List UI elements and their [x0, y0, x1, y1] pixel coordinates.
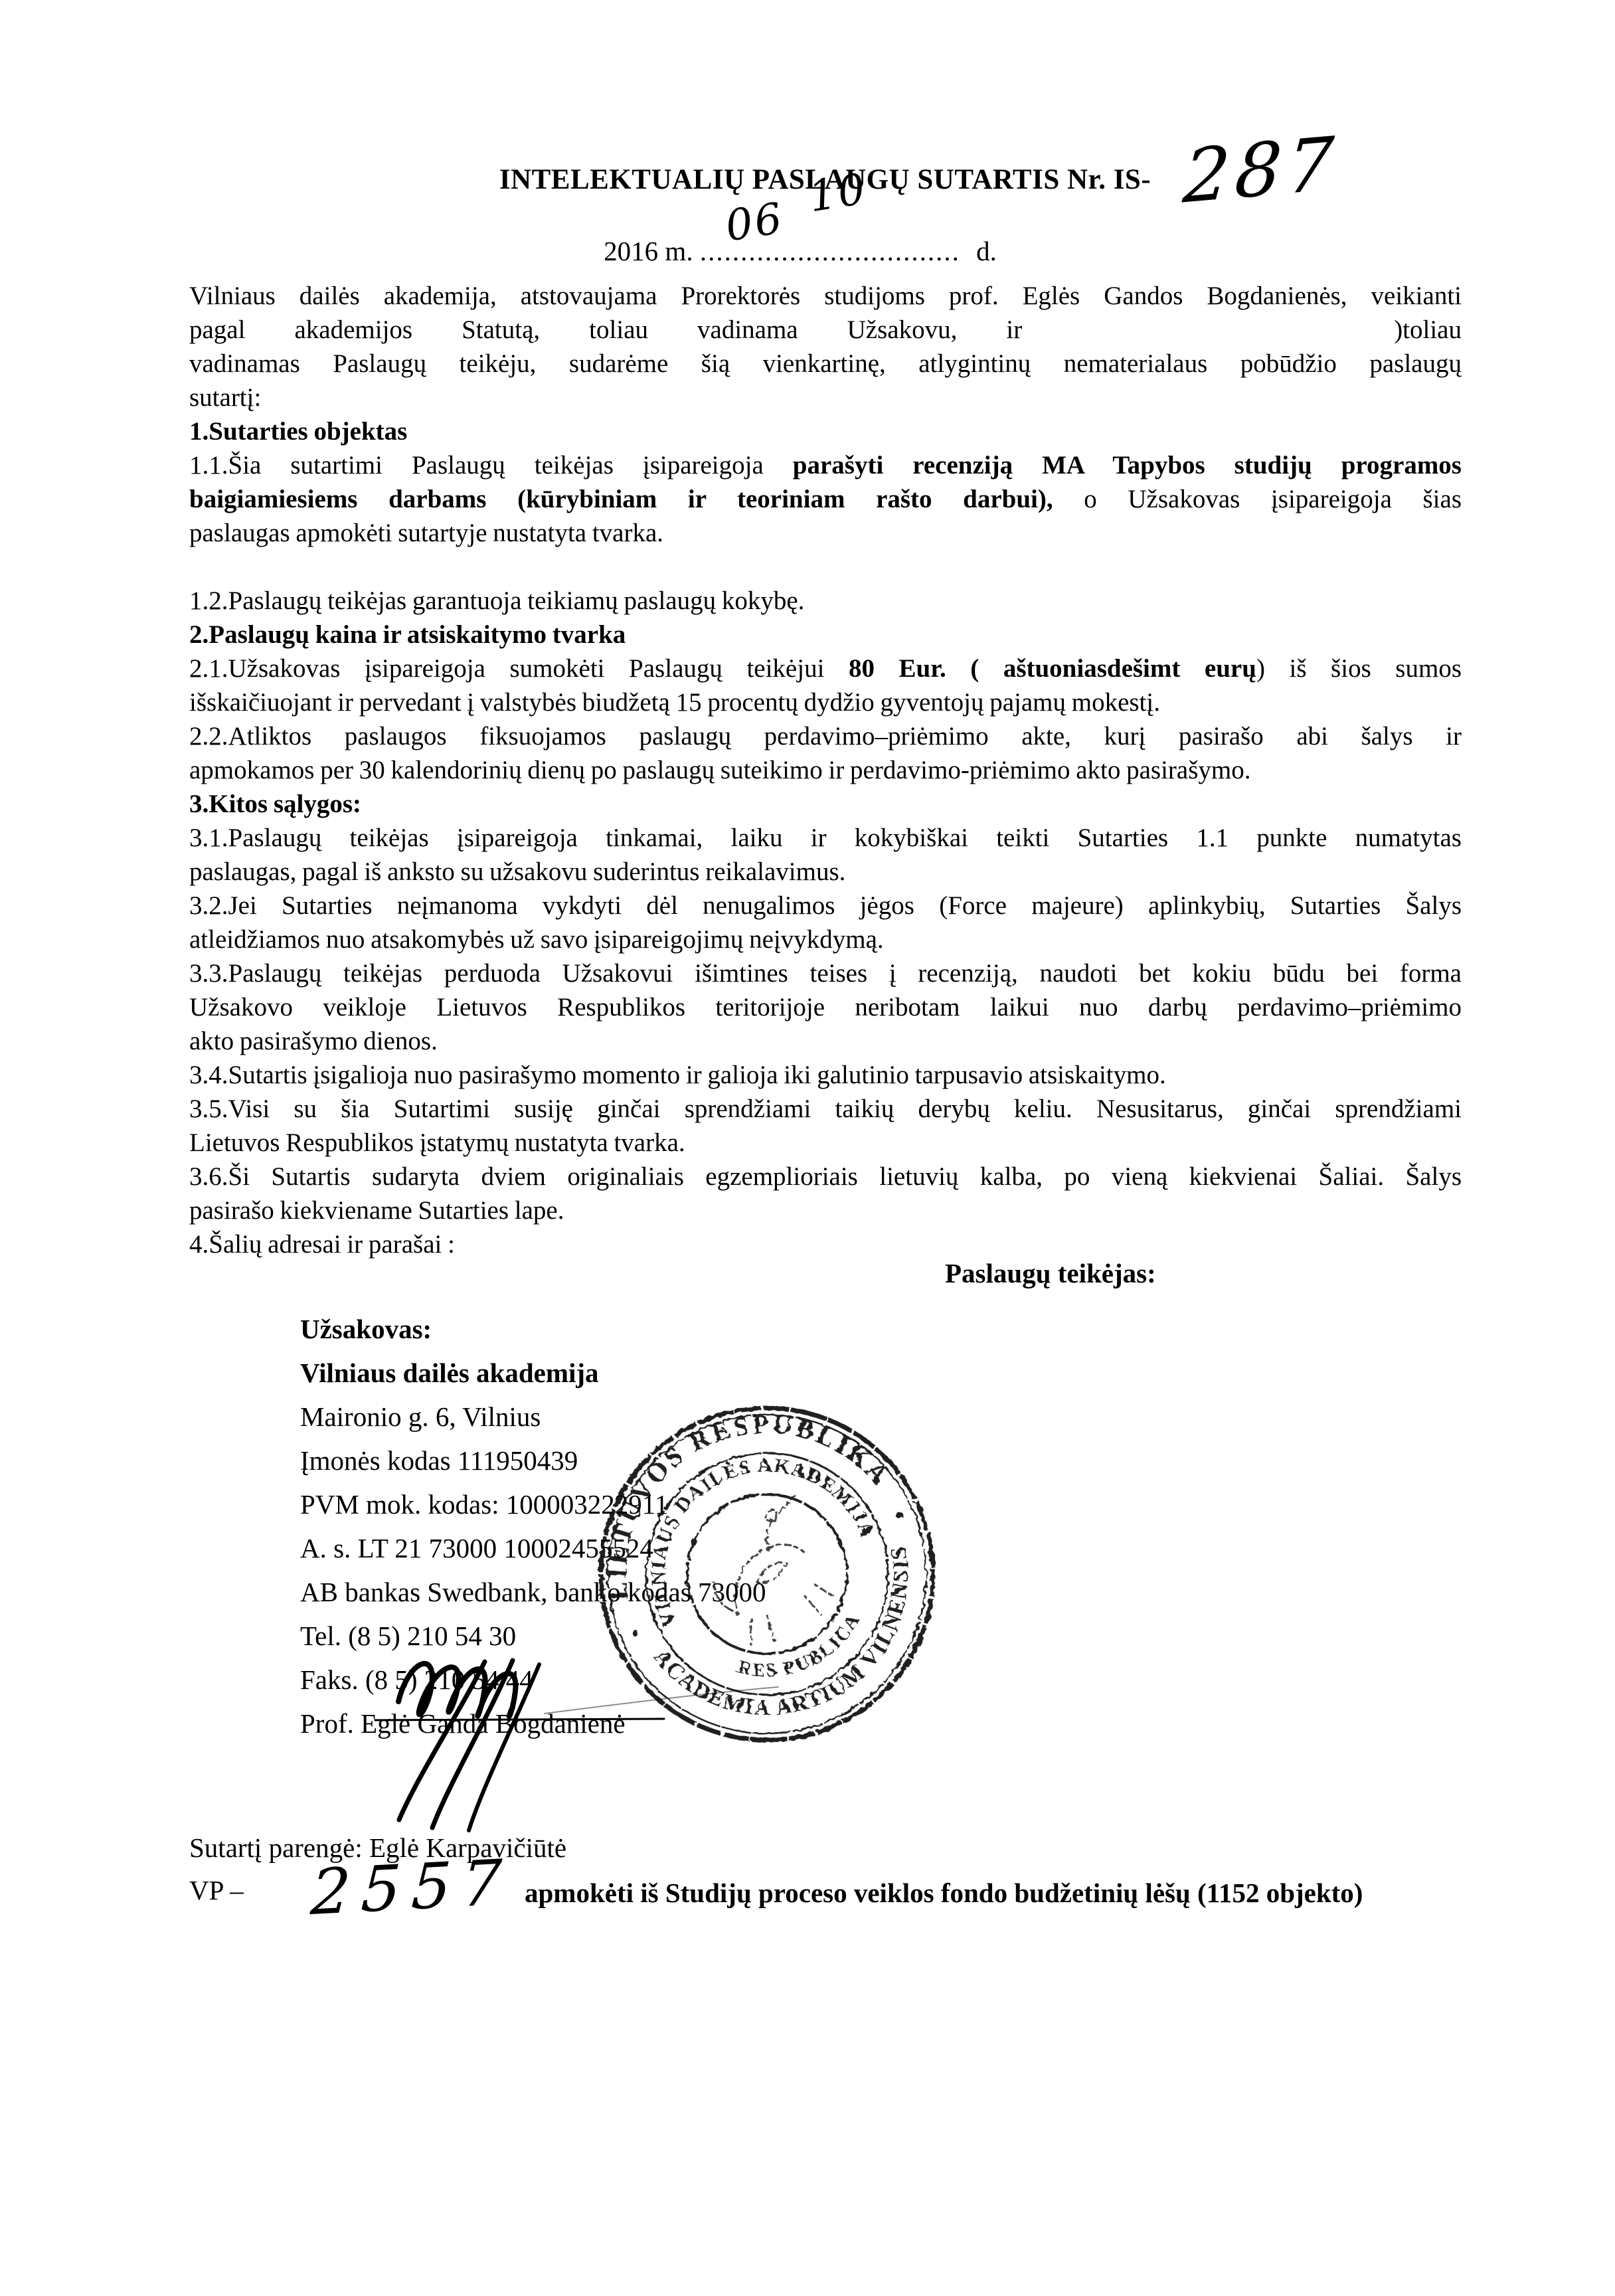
- handwritten-day: 10: [806, 165, 871, 222]
- text-line: 2.1.Užsakovas įsipareigoja sumokėti Pasl…: [189, 652, 1462, 685]
- text-segment: Užsakovo veikloje Lietuvos Respublikos t…: [189, 993, 1462, 1021]
- text-segment: ) iš šios sumos: [1256, 654, 1462, 683]
- text-segment: Įmonės kodas 111950439: [300, 1445, 578, 1476]
- text-line: paslaugas, pagal iš anksto su užsakovu s…: [189, 855, 1462, 889]
- text-line: paslaugas apmokėti sutartyje nustatyta t…: [189, 516, 1462, 550]
- text-segment: 3.3.Paslaugų teikėjas perduoda Užsakovui…: [189, 959, 1462, 988]
- date-suffix: d.: [976, 236, 997, 266]
- text-line: Užsakovo veikloje Lietuvos Respublikos t…: [189, 990, 1462, 1024]
- text-segment: 3.6.Ši Sutartis sudaryta dviem originali…: [189, 1162, 1462, 1191]
- text-segment: Vilniaus dailės akademija: [300, 1358, 599, 1388]
- text-line: 1.2.Paslaugų teikėjas garantuoja teikiam…: [189, 584, 1462, 618]
- date-year-prefix: 2016 m.: [604, 236, 693, 266]
- vp-label: VP –: [189, 1874, 244, 1906]
- text-segment: 3.Kitos sąlygos:: [189, 790, 361, 818]
- handwritten-month: 06: [722, 194, 788, 252]
- funding-note: apmokėti iš Studijų proceso veiklos fond…: [525, 1877, 1363, 1909]
- text-segment: 1.1.Šia sutartimi Paslaugų teikėjas įsip…: [189, 451, 793, 480]
- text-line: vadinamas Paslaugų teikėju, sudarėme šią…: [189, 347, 1462, 381]
- text-segment: 2.Paslaugų kaina ir atsiskaitymo tvarka: [189, 620, 626, 649]
- text-segment: pagal akademijos Statutą, toliau vadinam…: [189, 315, 1022, 344]
- text-line: Lietuvos Respublikos įstatymų nustatyta …: [189, 1126, 1462, 1160]
- text-line: Vilniaus dailės akademija, atstovaujama …: [189, 279, 1462, 313]
- text-segment: 2.1.Užsakovas įsipareigoja sumokėti Pasl…: [189, 654, 849, 683]
- text-line: 3.2.Jei Sutarties neįmanoma vykdyti dėl …: [189, 889, 1462, 923]
- text-line: 2.2.Atliktos paslaugos fiksuojamos pasla…: [189, 719, 1462, 753]
- text-segment: 1.2.Paslaugų teikėjas garantuoja teikiam…: [189, 586, 804, 615]
- text-segment: išskaičiuojant ir pervedant į valstybės …: [189, 688, 1160, 717]
- text-line: 1.1.Šia sutartimi Paslaugų teikėjas įsip…: [189, 448, 1462, 482]
- provider-label: Paslaugų teikėjas:: [945, 1257, 1156, 1289]
- text-line: apmokamos per 30 kalendorinių dienų po p…: [189, 753, 1462, 787]
- text-line: sutartį:: [189, 381, 1462, 414]
- text-segment: atleidžiamos nuo atsakomybės už savo įsi…: [189, 925, 884, 954]
- text-segment: 1.Sutarties objektas: [189, 417, 407, 446]
- text-line: akto pasirašymo dienos.: [189, 1024, 1462, 1058]
- text-line: 3.Kitos sąlygos:: [189, 787, 1462, 821]
- text-line: atleidžiamos nuo atsakomybės už savo įsi…: [189, 923, 1462, 956]
- text-segment: parašyti recenziją MA Tapybos studijų pr…: [793, 451, 1462, 480]
- text-line: 4.Šalių adresai ir parašai :: [189, 1227, 1462, 1261]
- text-segment: )toliau: [1394, 315, 1462, 344]
- text-line: pasirašo kiekviename Sutarties lape.: [189, 1193, 1462, 1227]
- text-line: 3.1.Paslaugų teikėjas įsipareigoja tinka…: [189, 821, 1462, 855]
- contract-body-text: Vilniaus dailės akademija, atstovaujama …: [189, 279, 1462, 1261]
- handwritten-vp-number: 2557: [309, 1846, 514, 1929]
- text-segment: Vilniaus dailės akademija, atstovaujama …: [189, 282, 1462, 310]
- text-segment: Užsakovas:: [300, 1314, 432, 1344]
- text-segment: 3.2.Jei Sutarties neįmanoma vykdyti dėl …: [189, 891, 1462, 920]
- text-segment: o Užsakovas įsipareigoja šias: [1053, 485, 1462, 513]
- text-segment: vadinamas Paslaugų teikėju, sudarėme šią…: [189, 349, 1462, 378]
- text-segment: pasirašo kiekviename Sutarties lape.: [189, 1196, 564, 1225]
- text-segment: 3.5.Visi su šia Sutartimi susiję ginčai …: [189, 1095, 1462, 1123]
- text-segment: 3.4.Sutartis įsigalioja nuo pasirašymo m…: [189, 1061, 1166, 1089]
- text-segment: apmokamos per 30 kalendorinių dienų po p…: [189, 756, 1251, 784]
- text-line: 3.5.Visi su šia Sutartimi susiję ginčai …: [189, 1092, 1462, 1126]
- text-segment: baigiamiesiems darbams (kūrybiniam ir te…: [189, 485, 1053, 513]
- signature-scrawl: [319, 1621, 797, 1840]
- text-segment: Lietuvos Respublikos įstatymų nustatyta …: [189, 1128, 685, 1157]
- contract-scan-page: INTELEKTUALIŲ PASLAUGŲ SUTARTIS Nr. IS- …: [0, 0, 1615, 2296]
- blank-field-gap: [1022, 337, 1394, 338]
- text-line: pagal akademijos Statutą, toliau vadinam…: [189, 313, 1462, 347]
- text-segment: 3.1.Paslaugų teikėjas įsipareigoja tinka…: [189, 824, 1462, 852]
- text-segment: 2.2.Atliktos paslaugos fiksuojamos pasla…: [189, 722, 1462, 751]
- text-segment: 80 Eur. ( aštuoniasdešimt eurų: [849, 654, 1256, 683]
- text-line: 3.6.Ši Sutartis sudaryta dviem originali…: [189, 1160, 1462, 1193]
- text-line: baigiamiesiems darbams (kūrybiniam ir te…: [189, 482, 1462, 516]
- text-segment: paslaugas apmokėti sutartyje nustatyta t…: [189, 519, 663, 547]
- text-segment: sutartį:: [189, 383, 261, 412]
- text-line: 2.Paslaugų kaina ir atsiskaitymo tvarka: [189, 618, 1462, 652]
- text-line: Užsakovas:: [300, 1307, 997, 1351]
- text-line: [189, 550, 1462, 584]
- text-segment: Maironio g. 6, Vilnius: [300, 1401, 541, 1432]
- text-segment: 4.Šalių adresai ir parašai :: [189, 1230, 455, 1259]
- text-line: išskaičiuojant ir pervedant į valstybės …: [189, 685, 1462, 719]
- text-line: 1.Sutarties objektas: [189, 414, 1462, 448]
- handwritten-contract-number: 287: [1181, 120, 1341, 220]
- text-segment: paslaugas, pagal iš anksto su užsakovu s…: [189, 857, 845, 886]
- text-segment: akto pasirašymo dienos.: [189, 1027, 438, 1055]
- text-line: 3.4.Sutartis įsigalioja nuo pasirašymo m…: [189, 1058, 1462, 1092]
- text-line: 3.3.Paslaugų teikėjas perduoda Užsakovui…: [189, 956, 1462, 990]
